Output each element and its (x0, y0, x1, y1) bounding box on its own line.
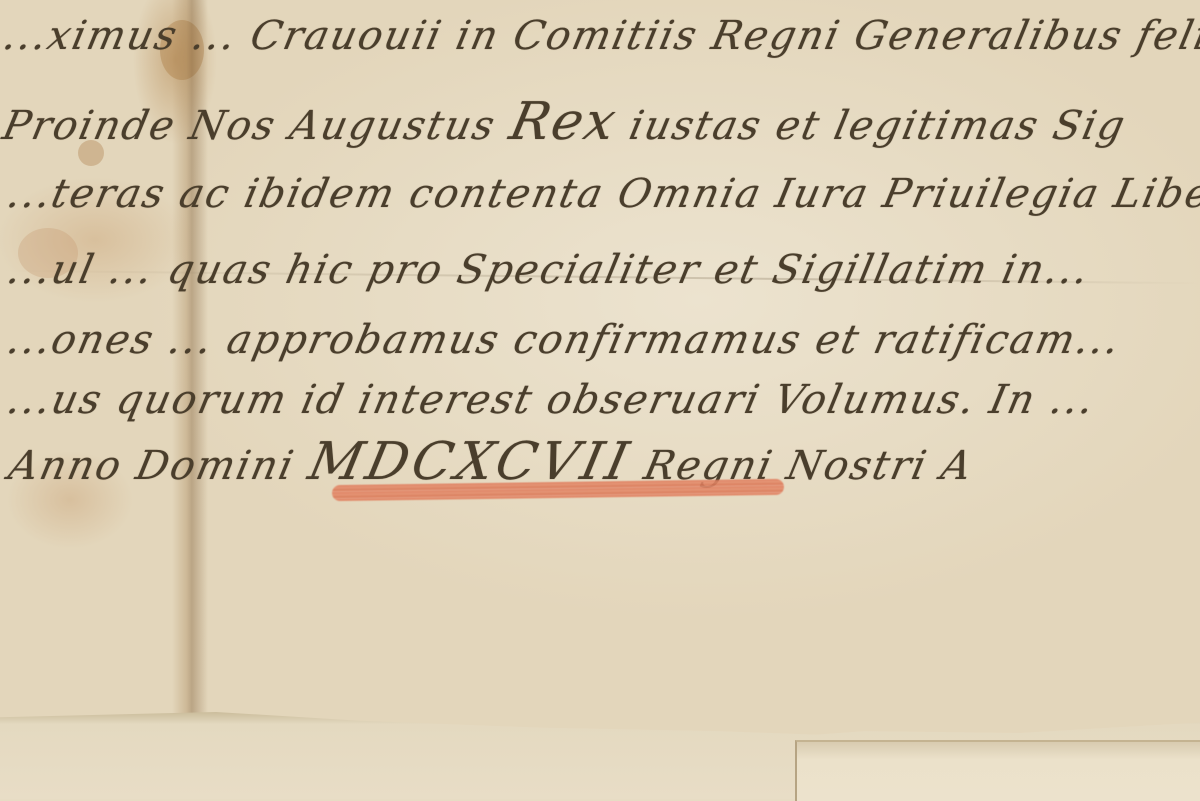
line-text: Proinde Nos Augustus (0, 103, 500, 149)
manuscript-line: ...us quorum id interest obseruari Volum… (3, 376, 1100, 424)
folded-paper-flap (795, 740, 1200, 799)
line-text: Anno Domini (5, 443, 299, 489)
rex-word: Rex (505, 92, 623, 152)
manuscript-line: Proinde Nos Augustus Rex iustas et legit… (0, 98, 1131, 150)
manuscript-text: ...ximus ... Crauouii in Comitiis Regni … (0, 0, 1200, 720)
manuscript-line: ...ximus ... Crauouii in Comitiis Regni … (0, 12, 1200, 60)
manuscript-line: ...teras ac ibidem contenta Omnia Iura P… (3, 170, 1200, 218)
manuscript-line: ...ul ... quas hic pro Specialiter et Si… (3, 246, 1095, 294)
manuscript-line: ...ones ... approbamus confirmamus et ra… (3, 316, 1126, 364)
line-text: iustas et legitimas Sig (625, 103, 1130, 149)
